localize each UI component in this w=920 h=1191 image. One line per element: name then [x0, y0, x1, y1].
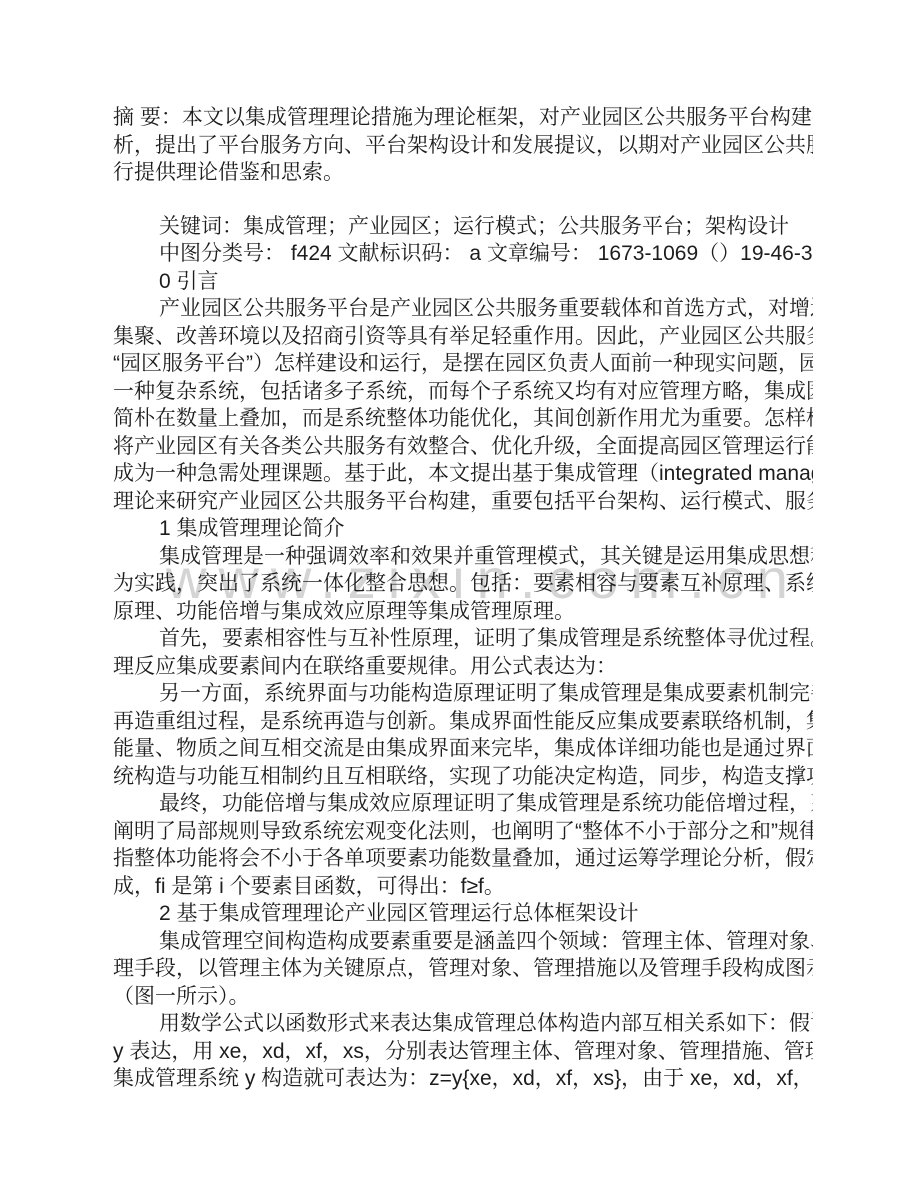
text-line: 首先，要素相容性与互补性原理，证明了集成管理是系统整体寻优过程。其中，相容性原 [113, 625, 813, 653]
text-line: “园区服务平台”）怎样建设和运行，是摆在园区负责人面前一种现实问题，园区服务平台… [113, 350, 813, 378]
text-line: 集成管理是一种强调效率和效果并重管理模式，其关键是运用集成思想和理念指导管理行 [113, 543, 813, 571]
text-line: 用数学公式以函数形式来表达集成管理总体构造内部互相关系如下：假设集成管理系统用 [113, 1010, 813, 1038]
text-line: 将产业园区有关各类公共服务有效整合、优化升级，全面提高园区管理运行能力和水平，已… [113, 433, 813, 461]
paragraph-introduction-body: 产业园区公共服务平台是产业园区公共服务重要载体和首选方式，对增进园区运行、产业集… [113, 295, 813, 515]
document-page: www.zixin.com.cn 摘 要：本文以集成管理理论措施为理论框架，对产… [0, 0, 920, 1191]
paragraph-principle-multiplication: 最终，功能倍增与集成效应原理证明了集成管理是系统功能倍增过程，系统整体功能倍增阐… [113, 790, 813, 900]
text-line: 理论来研究产业园区公共服务平台构建，重要包括平台架构、运行模式、服务方向。 [113, 488, 813, 516]
text-line: 最终，功能倍增与集成效应原理证明了集成管理是系统功能倍增过程，系统整体功能倍增 [113, 790, 813, 818]
text-line: 析，提出了平台服务方向、平台架构设计和发展提议，以期对产业园区公共服务平台建设和… [113, 132, 813, 160]
document-content: 摘 要：本文以集成管理理论措施为理论框架，对产业园区公共服务平台构建有关要素进行… [113, 104, 813, 1093]
text-line: 行提供理论借鉴和思索。 [113, 159, 813, 187]
paragraph-framework-body: 集成管理空间构造构成要素重要是涵盖四个领域：管理主体、管理对象、管理措施以及管理… [113, 928, 813, 1011]
text-line: 另一方面，系统界面与功能构造原理证明了集成管理是集成要素机制完善形成、功能构造 [113, 680, 813, 708]
text-line: 统构造与功能互相制约且互相联络，实现了功能决定构造，同步，构造支撑功能。 [113, 763, 813, 791]
text-line: 集聚、改善环境以及招商引资等具有举足轻重作用。因此，产业园区公共服务平台（如下简… [113, 323, 813, 351]
paragraph-keywords: 关键词：集成管理；产业园区；运行模式；公共服务平台；架构设计 [113, 213, 813, 241]
paragraph-abstract: 摘 要：本文以集成管理理论措施为理论框架，对产业园区公共服务平台构建有关要素进行… [113, 104, 813, 187]
text-line: 一种复杂系统，包括诸多子系统，而每个子系统又均有对应管理方略，集成园区服务平台不… [113, 378, 813, 406]
paragraph-theory-overview: 集成管理是一种强调效率和效果并重管理模式，其关键是运用集成思想和理念指导管理行为… [113, 543, 813, 626]
text-line: 集成管理系统 y 构造就可表达为：z=y{xe，xd，xf，xs}，由于 xe，… [113, 1065, 813, 1093]
text-line: 产业园区公共服务平台是产业园区公共服务重要载体和首选方式，对增进园区运行、产业 [113, 295, 813, 323]
text-line: 成为一种急需处理课题。基于此，本文提出基于集成管理（integrated man… [113, 460, 813, 488]
text-line: 简朴在数量上叠加，而是系统整体功能优化，其间创新作用尤为重要。怎样构建园区服务平… [113, 405, 813, 433]
text-line: 阐明了局部规则导致系统宏观变化法则，也阐明了“整体不小于部分之和”规律。集成效应… [113, 818, 813, 846]
paragraph-heading-0-introduction: 0 引言 [113, 268, 813, 296]
text-line: （图一所示）。 [113, 983, 813, 1011]
text-line: y 表达，用 xe，xd，xf，xs，分别表达管理主体、管理对象、管理措施、管理… [113, 1038, 813, 1066]
text-line: 为实践，突出了系统一体化整合思想。包括：要素相容与要素互补原理、系统界面与功能构… [113, 570, 813, 598]
text-line: 2 基于集成管理理论产业园区管理运行总体框架设计 [113, 900, 813, 928]
paragraph-classification: 中图分类号： f424 文献标识码： a 文章编号： 1673-1069（）19… [113, 240, 813, 268]
text-line: 集成管理空间构造构成要素重要是涵盖四个领域：管理主体、管理对象、管理措施以及管 [113, 928, 813, 956]
text-line: 关键词：集成管理；产业园区；运行模式；公共服务平台；架构设计 [113, 213, 813, 241]
text-line: 1 集成管理理论简介 [113, 515, 813, 543]
paragraph-heading-2-framework-design: 2 基于集成管理理论产业园区管理运行总体框架设计 [113, 900, 813, 928]
text-line: 中图分类号： f424 文献标识码： a 文章编号： 1673-1069（）19… [113, 240, 813, 268]
paragraph-heading-1-theory-intro: 1 集成管理理论简介 [113, 515, 813, 543]
text-line: 原理、功能倍增与集成效应原理等集成管理原理。 [113, 598, 813, 626]
text-line: 指整体功能将会不小于各单项要素功能数量叠加，通过运筹学理论分析，假定有 n 项要… [113, 845, 813, 873]
paragraph-principle-compatibility: 首先，要素相容性与互补性原理，证明了集成管理是系统整体寻优过程。其中，相容性原理… [113, 625, 813, 680]
text-line: 成，fi 是第 i 个要素目函数，可得出：f≥f。 [113, 873, 813, 901]
text-line: 理手段，以管理主体为关键原点，管理对象、管理措施以及管理手段构成图示三个坐标维度 [113, 955, 813, 983]
text-line: 理反应集成要素间内在联络重要规律。用公式表达为： [113, 653, 813, 681]
paragraph-principle-interface: 另一方面，系统界面与功能构造原理证明了集成管理是集成要素机制完善形成、功能构造再… [113, 680, 813, 790]
text-line: 0 引言 [113, 268, 813, 296]
text-line: 再造重组过程，是系统再造与创新。集成界面性能反应集成要素联络机制，集成要素间信息… [113, 708, 813, 736]
text-line: 摘 要：本文以集成管理理论措施为理论框架，对产业园区公共服务平台构建有关要素进行… [113, 104, 813, 132]
paragraph-formula-body: 用数学公式以函数形式来表达集成管理总体构造内部互相关系如下：假设集成管理系统用y… [113, 1010, 813, 1093]
text-line: 能量、物质之间互相交流是由集成界面来完毕，集成体详细功能也是通过界面来实现，集成… [113, 735, 813, 763]
